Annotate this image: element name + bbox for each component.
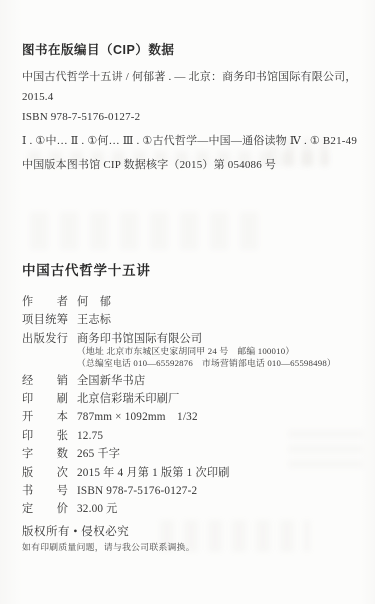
row-label: 书号 xyxy=(22,482,68,500)
colophon-row-sheets: 印张12.75 xyxy=(22,427,365,445)
cip-heading: 图书在版编目（CIP）数据 xyxy=(22,43,365,57)
row-label: 开本 xyxy=(22,408,68,426)
row-value: 商务印书馆国际有限公司 xyxy=(77,333,202,345)
colophon-row-isbn: 书号ISBN 978-7-5176-0127-2 xyxy=(22,482,365,500)
row-label: 项目统筹 xyxy=(22,311,68,329)
scan-bleed-artifact xyxy=(30,212,260,250)
colophon-row-price: 定价32.00 元 xyxy=(22,500,365,518)
row-label: 经销 xyxy=(22,372,68,390)
row-value: 32.00 元 xyxy=(77,503,118,515)
colophon-rows-bottom: 经销全国新华书店 印刷北京信彩瑞禾印刷厂 开本787mm × 1092mm 1/… xyxy=(22,372,365,519)
row-value: 2015 年 4 月第 1 版第 1 次印刷 xyxy=(77,467,230,479)
colophon-row-coordinator: 项目统筹王志标 xyxy=(22,311,365,329)
row-value: 265 千字 xyxy=(77,448,120,460)
row-label: 作者 xyxy=(22,293,68,311)
book-copyright-page: 图书在版编目（CIP）数据 中国古代哲学十五讲 / 何郁著 . — 北京：商务印… xyxy=(0,0,375,604)
cip-entry-line2: ISBN 978-7-5176-0127-2 xyxy=(22,108,365,128)
colophon-row-author: 作者何 郁 xyxy=(22,293,365,311)
book-title: 中国古代哲学十五讲 xyxy=(22,263,365,279)
row-value: 王志标 xyxy=(77,314,111,326)
row-label: 定价 xyxy=(22,500,68,518)
row-label: 版次 xyxy=(22,464,68,482)
colophon-row-distributor: 经销全国新华书店 xyxy=(22,372,365,390)
row-label: 印张 xyxy=(22,427,68,445)
cip-classification: Ⅰ . ①中… Ⅱ . ①何… Ⅲ . ①古代哲学—中国—通俗读物 Ⅳ . ① … xyxy=(22,132,365,151)
row-label: 字数 xyxy=(22,445,68,463)
colophon-row-format: 开本787mm × 1092mm 1/32 xyxy=(22,408,365,426)
cip-registration: 中国版本图书馆 CIP 数据核字（2015）第 054086 号 xyxy=(22,156,365,175)
cip-data-section: 图书在版编目（CIP）数据 中国古代哲学十五讲 / 何郁著 . — 北京：商务印… xyxy=(22,0,365,175)
row-value: ISBN 978-7-5176-0127-2 xyxy=(77,485,197,497)
colophon-rows-top: 作者何 郁 项目统筹王志标 出版发行商务印书馆国际有限公司 xyxy=(22,293,365,348)
cip-entry-line1: 中国古代哲学十五讲 / 何郁著 . — 北京：商务印书馆国际有限公司，2015.… xyxy=(22,68,365,108)
colophon-row-wordcount: 字数265 千字 xyxy=(22,445,365,463)
row-label: 印刷 xyxy=(22,390,68,408)
cip-entry: 中国古代哲学十五讲 / 何郁著 . — 北京：商务印书馆国际有限公司，2015.… xyxy=(22,68,365,127)
colophon-row-printer: 印刷北京信彩瑞禾印刷厂 xyxy=(22,390,365,408)
row-value: 全国新华书店 xyxy=(77,375,145,387)
row-value: 787mm × 1092mm 1/32 xyxy=(77,411,198,423)
publisher-address-note: （地址 北京市东城区史家胡同甲 24 号 邮编 100010） xyxy=(77,345,365,357)
copyright-statement: 版权所有 • 侵权必究 xyxy=(22,524,365,540)
row-label: 出版发行 xyxy=(22,330,68,348)
row-value: 何 郁 xyxy=(77,296,111,308)
print-quality-note: 如有印刷质量问题，请与我公司联系调换。 xyxy=(22,541,365,553)
colophon-section: 中国古代哲学十五讲 作者何 郁 项目统筹王志标 出版发行商务印书馆国际有限公司 … xyxy=(22,263,365,553)
publisher-notes: （地址 北京市东城区史家胡同甲 24 号 邮编 100010） （总编室电话 0… xyxy=(22,345,365,369)
row-value: 12.75 xyxy=(77,430,103,442)
row-value: 北京信彩瑞禾印刷厂 xyxy=(77,393,180,405)
publisher-phone-note: （总编室电话 010—65592876 市场营销部电话 010—65598498… xyxy=(77,357,365,369)
colophon-row-edition: 版次2015 年 4 月第 1 版第 1 次印刷 xyxy=(22,464,365,482)
